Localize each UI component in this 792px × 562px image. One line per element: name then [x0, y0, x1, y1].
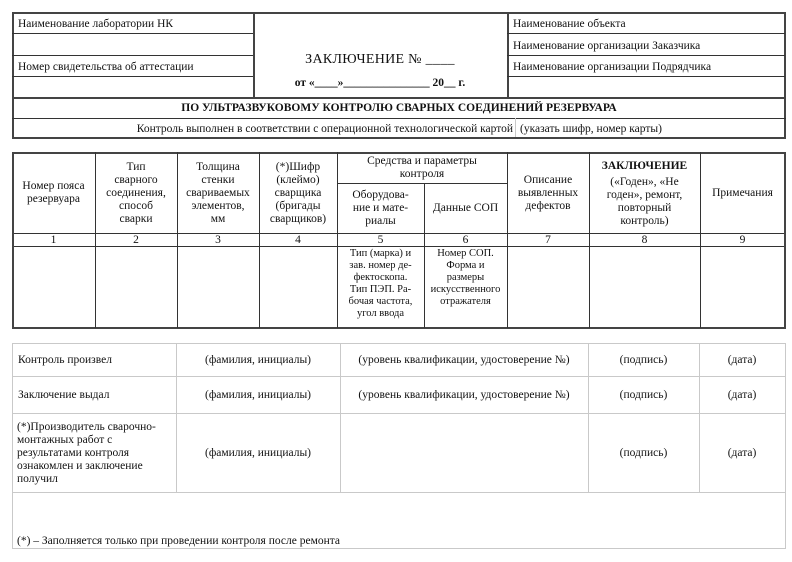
sig-date-field[interactable]: (дата): [699, 414, 785, 493]
data-cell-equipment[interactable]: Тип (марка) и зав. номер де- фектоскопа.…: [337, 248, 424, 328]
object-name-label: Наименование объекта: [507, 14, 785, 35]
col-header-notes: Примечания: [700, 153, 785, 233]
conclusion-number-title: ЗАКЛЮЧЕНИЕ № ____: [253, 48, 507, 70]
col-header-wall-thickness: Толщина стенки свариваемых элементов, мм: [177, 153, 259, 233]
col-header-belt-number: Номер пояса резервуара: [12, 153, 95, 233]
data-cell-welder-code[interactable]: [259, 247, 337, 327]
lab-name-label: Наименование лаборатории НК: [12, 14, 253, 35]
data-cell-sop-data[interactable]: Номер СОП. Форма и размеры искусственног…: [424, 248, 507, 328]
sig-signature-field[interactable]: (подпись): [588, 344, 699, 377]
sig-signature-field[interactable]: (подпись): [588, 377, 699, 414]
contractor-org-label: Наименование организации Подрядчика: [507, 57, 785, 78]
data-cell-defects[interactable]: [507, 247, 589, 327]
col-number: 9: [700, 234, 785, 246]
col-number: 8: [589, 234, 700, 246]
col-header-conclusion-title: ЗАКЛЮЧЕНИЕ: [602, 159, 687, 173]
col-header-weld-type: Тип сварного соединения, способ сварки: [95, 153, 177, 233]
sig-date-field[interactable]: (дата): [699, 344, 785, 377]
conclusion-date-line: от «____»_______________ 20__ г.: [253, 73, 507, 93]
data-cell-wall-thickness[interactable]: [177, 247, 259, 327]
sig-name-field[interactable]: (фамилия, инициалы): [176, 377, 340, 414]
footnote: (*) – Заполняется только при проведении …: [12, 534, 785, 548]
certificate-number-label: Номер свидетельства об аттестации: [12, 57, 253, 78]
col-header-equipment: Оборудова- ние и мате- риалы: [337, 184, 424, 233]
sig-qualification-field[interactable]: (уровень квалификации, удостоверение №): [340, 377, 588, 414]
col-header-group-means: Средства и параметры контроля: [337, 153, 507, 183]
document-title: ПО УЛЬТРАЗВУКОВОМУ КОНТРОЛЮ СВАРНЫХ СОЕД…: [12, 99, 786, 118]
col-number: 2: [95, 234, 177, 246]
sig-date-field[interactable]: (дата): [699, 377, 785, 414]
col-number: 1: [12, 234, 95, 246]
col-number: 4: [259, 234, 337, 246]
data-cell-notes[interactable]: [700, 247, 785, 327]
customer-org-label: Наименование организации Заказчика: [507, 36, 785, 57]
col-header-defects: Описание выявленных дефектов: [507, 153, 589, 233]
sig-role-inspector: Контроль произвел: [12, 344, 176, 377]
col-number: 5: [337, 234, 424, 246]
sig-name-field[interactable]: (фамилия, инициалы): [176, 414, 340, 493]
sig-name-field[interactable]: (фамилия, инициалы): [176, 344, 340, 377]
sig-role-issuer: Заключение выдал: [12, 377, 176, 414]
col-header-sop-data: Данные СОП: [424, 184, 507, 233]
tech-card-hint: (указать шифр, номер карты): [515, 120, 785, 138]
sig-qualification-field[interactable]: (уровень квалификации, удостоверение №): [340, 344, 588, 377]
col-number: 6: [424, 234, 507, 246]
col-number: 7: [507, 234, 589, 246]
col-number: 3: [177, 234, 259, 246]
tech-card-statement: Контроль выполнен в соответствии с опера…: [12, 120, 515, 138]
col-header-welder-code: (*)Шифр (клеймо) сварщика (бригады сварщ…: [259, 153, 337, 233]
sig-role-contractor: (*)Производитель сварочно- монтажных раб…: [12, 414, 176, 493]
data-cell-conclusion[interactable]: [589, 247, 700, 327]
data-cell-belt-number[interactable]: [12, 247, 95, 327]
sig-signature-field[interactable]: (подпись): [588, 414, 699, 493]
data-cell-weld-type[interactable]: [95, 247, 177, 327]
sig-qualification-field[interactable]: [340, 414, 588, 493]
col-header-conclusion-options: («Годен», «Не годен», ремонт, повторный …: [607, 176, 683, 228]
